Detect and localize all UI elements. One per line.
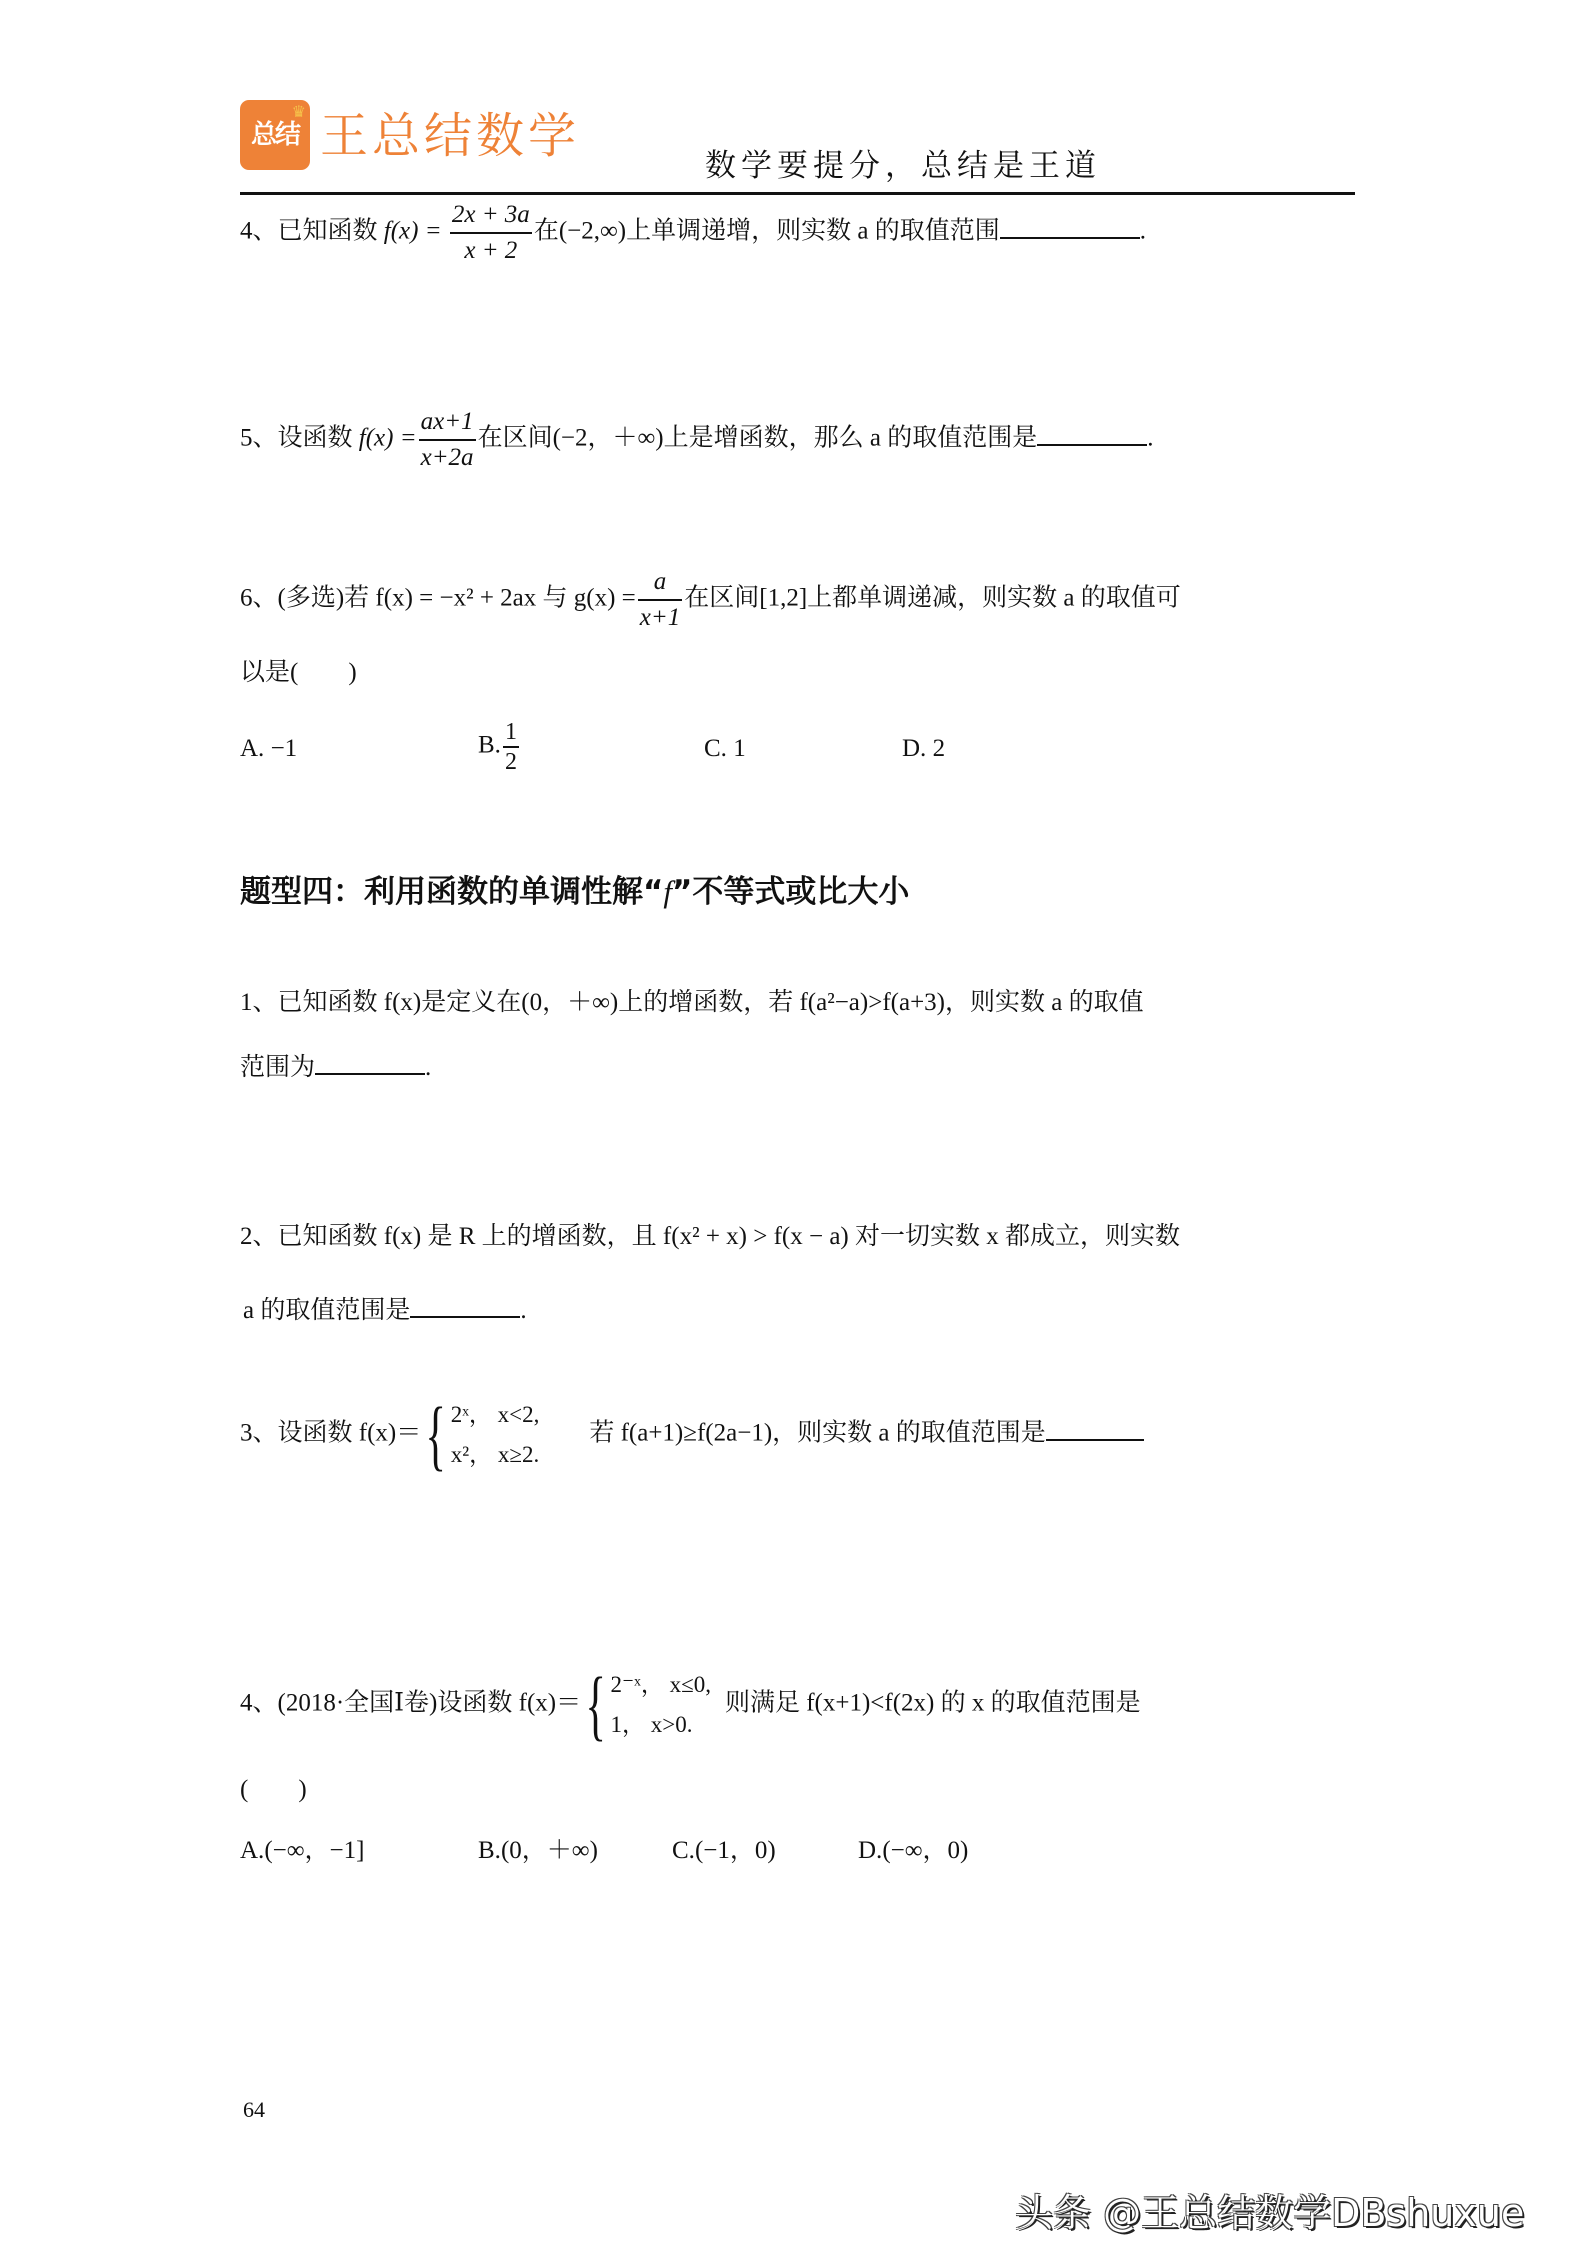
period: . — [1140, 218, 1146, 245]
header-divider — [240, 192, 1355, 195]
question-number: 4、 — [240, 1690, 278, 1717]
question-3: 3、设函数 f(x)＝{2ˣ， x<2,x²， x≥2.若 f(a+1)≥f(2… — [240, 1395, 1144, 1475]
question-4b-line2: ( ) — [240, 1775, 307, 1805]
question-text: a 的取值范围是 — [243, 1297, 410, 1324]
section-title-text: ”不等式或比大小 — [672, 874, 909, 910]
case-2: x²， x≥2. — [451, 1435, 540, 1475]
math-func: f(x) = — [359, 425, 417, 452]
option-c[interactable]: C.(−1，0) — [672, 1830, 776, 1866]
question-1: 1、已知函数 f(x)是定义在(0，＋∞)上的增函数，若 f(a²−a)>f(a… — [240, 988, 1144, 1018]
question-2: 2、已知函数 f(x) 是 R 上的增函数，且 f(x² + x) > f(x … — [240, 1222, 1180, 1252]
case-1: 2⁻ˣ， x≤0, — [611, 1665, 711, 1705]
answer-blank[interactable] — [1000, 235, 1140, 239]
fraction: ax+1 — [638, 565, 682, 635]
section-title-symbol: f — [663, 874, 672, 909]
period: . — [520, 1297, 526, 1324]
option-d[interactable]: D. 2 — [902, 735, 945, 763]
question-text: (多选)若 f(x) = −x² + 2ax 与 g(x) = — [278, 585, 636, 612]
question-text: 已知函数 — [278, 218, 384, 245]
question-number: 5、 — [240, 425, 278, 452]
question-text: 设函数 f(x)＝ — [278, 1420, 422, 1447]
math-func: f(x) = — [384, 218, 448, 245]
answer-blank[interactable] — [1046, 1437, 1144, 1441]
question-2-line2: a 的取值范围是. — [243, 1296, 527, 1326]
option-b[interactable]: B.(0，＋∞) — [478, 1830, 598, 1866]
question-1-line2: 范围为. — [240, 1053, 431, 1083]
fraction: 2x + 3ax + 2 — [450, 198, 532, 268]
option-label: C. — [704, 735, 727, 762]
option-value: (−∞，−1] — [264, 1837, 364, 1864]
option-value: (−1，0) — [695, 1837, 776, 1864]
brace-icon: { — [426, 1395, 447, 1475]
fraction: 12 — [503, 718, 519, 776]
option-label: A. — [240, 735, 264, 762]
question-6: 6、(多选)若 f(x) = −x² + 2ax 与 g(x) =ax+1在区间… — [240, 565, 1181, 635]
option-label: D. — [858, 1837, 882, 1864]
option-label: D. — [902, 735, 926, 762]
question-number: 2、 — [240, 1223, 278, 1250]
question-number: 6、 — [240, 585, 278, 612]
question-text: 在区间(−2，＋∞)上是增函数，那么 a 的取值范围是 — [478, 425, 1038, 452]
logo-badge-text: 总结 — [240, 114, 310, 151]
question-4b: 4、(2018·全国Ⅰ卷)设函数 f(x)＝{2⁻ˣ， x≤0,1， x>0.则… — [240, 1665, 1141, 1745]
option-c[interactable]: C. 1 — [704, 735, 746, 763]
question-text: 已知函数 f(x)是定义在(0，＋∞)上的增函数，若 f(a²−a)>f(a+3… — [278, 989, 1144, 1016]
answer-blank[interactable] — [1037, 442, 1147, 446]
logo-brand: 王总结数学 — [320, 108, 580, 164]
option-value: −1 — [271, 735, 298, 762]
fraction-denominator: 2 — [503, 748, 519, 776]
period: . — [1147, 425, 1153, 452]
question-text: 若 f(a+1)≥f(2a−1)，则实数 a 的取值范围是 — [589, 1420, 1045, 1447]
option-label: B. — [478, 1837, 501, 1864]
question-6-line2: 以是( ) — [240, 658, 357, 688]
option-value: (0，＋∞) — [501, 1837, 598, 1864]
section-title: 题型四：利用函数的单调性解“f”不等式或比大小 — [240, 866, 909, 911]
fraction-numerator: 1 — [503, 718, 519, 748]
watermark: 头条 @王总结数学DBshuxue — [1015, 2182, 1524, 2237]
question-text: 则满足 f(x+1)<f(2x) 的 x 的取值范围是 — [725, 1690, 1141, 1717]
question-text: 范围为 — [240, 1054, 315, 1081]
question-5: 5、设函数 f(x) =ax+1x+2a在区间(−2，＋∞)上是增函数，那么 a… — [240, 405, 1153, 475]
piecewise-cases: 2⁻ˣ， x≤0,1， x>0. — [611, 1665, 711, 1745]
slogan: 数学要提分，总结是王道 — [705, 140, 1101, 185]
brace-icon: { — [586, 1665, 607, 1745]
option-label: B. — [478, 732, 501, 759]
fraction: ax+1x+2a — [419, 405, 476, 475]
period: . — [425, 1054, 431, 1081]
question-4a: 4、已知函数 f(x) = 2x + 3ax + 2在(−2,∞)上单调递增，则… — [240, 198, 1146, 268]
option-b[interactable]: B.12 — [478, 718, 521, 776]
fraction-numerator: a — [638, 565, 682, 601]
case-2: 1， x>0. — [611, 1705, 711, 1745]
fraction-denominator: x+1 — [638, 601, 682, 635]
fraction-denominator: x + 2 — [450, 234, 532, 268]
case-1: 2ˣ， x<2, — [451, 1395, 540, 1435]
page-number: 64 — [243, 2097, 265, 2123]
fraction-numerator: 2x + 3a — [450, 198, 532, 234]
option-label: C. — [672, 1837, 695, 1864]
answer-blank[interactable] — [410, 1314, 520, 1318]
answer-blank[interactable] — [315, 1071, 425, 1075]
option-d[interactable]: D.(−∞，0) — [858, 1830, 968, 1866]
option-value: 1 — [733, 735, 746, 762]
option-a[interactable]: A.(−∞，−1] — [240, 1830, 364, 1866]
question-text: (2018·全国Ⅰ卷)设函数 f(x)＝ — [278, 1690, 582, 1717]
section-title-text: 题型四：利用函数的单调性解“ — [240, 874, 663, 910]
question-text: 设函数 — [278, 425, 359, 452]
fraction-denominator: x+2a — [419, 441, 476, 475]
logo-badge: ♛ 总结 — [240, 100, 310, 170]
question-text: 在区间[1,2]上都单调递减，则实数 a 的取值可 — [684, 585, 1181, 612]
option-a[interactable]: A. −1 — [240, 735, 297, 763]
question-number: 3、 — [240, 1420, 278, 1447]
question-number: 4、 — [240, 218, 278, 245]
option-value: (−∞，0) — [882, 1837, 968, 1864]
fraction-numerator: ax+1 — [419, 405, 476, 441]
option-value: 2 — [933, 735, 946, 762]
question-text: 已知函数 f(x) 是 R 上的增函数，且 f(x² + x) > f(x − … — [278, 1223, 1181, 1250]
question-number: 1、 — [240, 989, 278, 1016]
option-label: A. — [240, 1837, 264, 1864]
question-text: 在(−2,∞)上单调递增，则实数 a 的取值范围 — [534, 218, 1000, 245]
piecewise-cases: 2ˣ， x<2,x²， x≥2. — [451, 1395, 540, 1475]
